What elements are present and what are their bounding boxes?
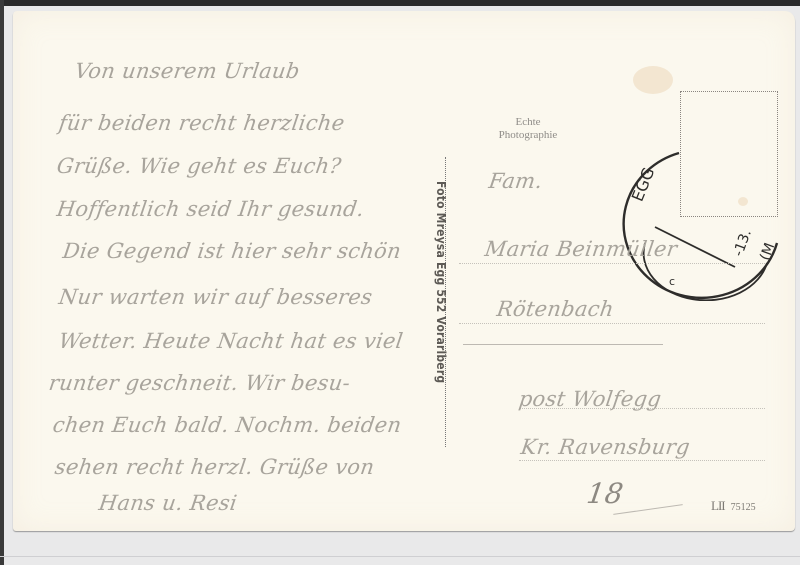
postmark-region: (M [757,241,778,263]
address-line-rule [519,460,765,461]
postmark-date: -13. [731,227,755,258]
address-line: Maria Beinmüller [483,237,679,261]
address-line: Kr. Ravensburg [519,435,691,459]
message-line: chen Euch bald. Nochm. beiden [51,413,403,437]
address-number: 18 [585,477,626,510]
message-signature: Hans u. Resi [97,491,238,515]
number-underline [613,504,682,515]
message-line: Grüße. Wie geht es Euch? [55,154,343,178]
scanner-edge-left [0,0,4,565]
message-line: runter geschneit. Wir besu- [47,371,351,395]
message-line: sehen recht herzl. Grüße von [53,455,376,479]
scanner-edge-bottom [0,556,800,557]
header-photographie: Photographie [473,129,583,142]
paper-stain [633,66,673,94]
message-line: Wetter. Heute Nacht hat es viel [57,329,404,353]
catalog-number: LII75125 [711,498,756,514]
catalog-mark: LII [711,498,725,513]
postmark-letter: c [669,275,675,288]
address-line: Fam. [487,169,544,193]
address-line: Rötenbach [495,297,615,321]
header-echte: Echte [473,116,583,129]
message-line: Von unserem Urlaub [73,59,301,83]
postmark-town: EGG [628,165,659,204]
postmark-icon: EGG -13. (M c [617,143,787,301]
address-line-rule [459,263,765,264]
message-line: Nur warten wir auf besseres [57,285,374,309]
address-underline [463,344,663,345]
printed-header: Echte Photographie [473,116,583,142]
postcard: Von unserem Urlaub für beiden recht herz… [13,11,795,531]
message-line: für beiden recht herzliche [57,111,346,135]
address-line: post Wolfegg [517,387,663,411]
address-line-rule [459,323,765,324]
catalog-id: 75125 [731,502,756,513]
scanner-edge-top [0,0,800,6]
message-line: Die Gegend ist hier sehr schön [61,239,402,263]
publisher-imprint: Foto Mreysa Egg 552 Vorarlberg [432,181,448,421]
message-line: Hoffentlich seid Ihr gesund. [55,197,365,221]
